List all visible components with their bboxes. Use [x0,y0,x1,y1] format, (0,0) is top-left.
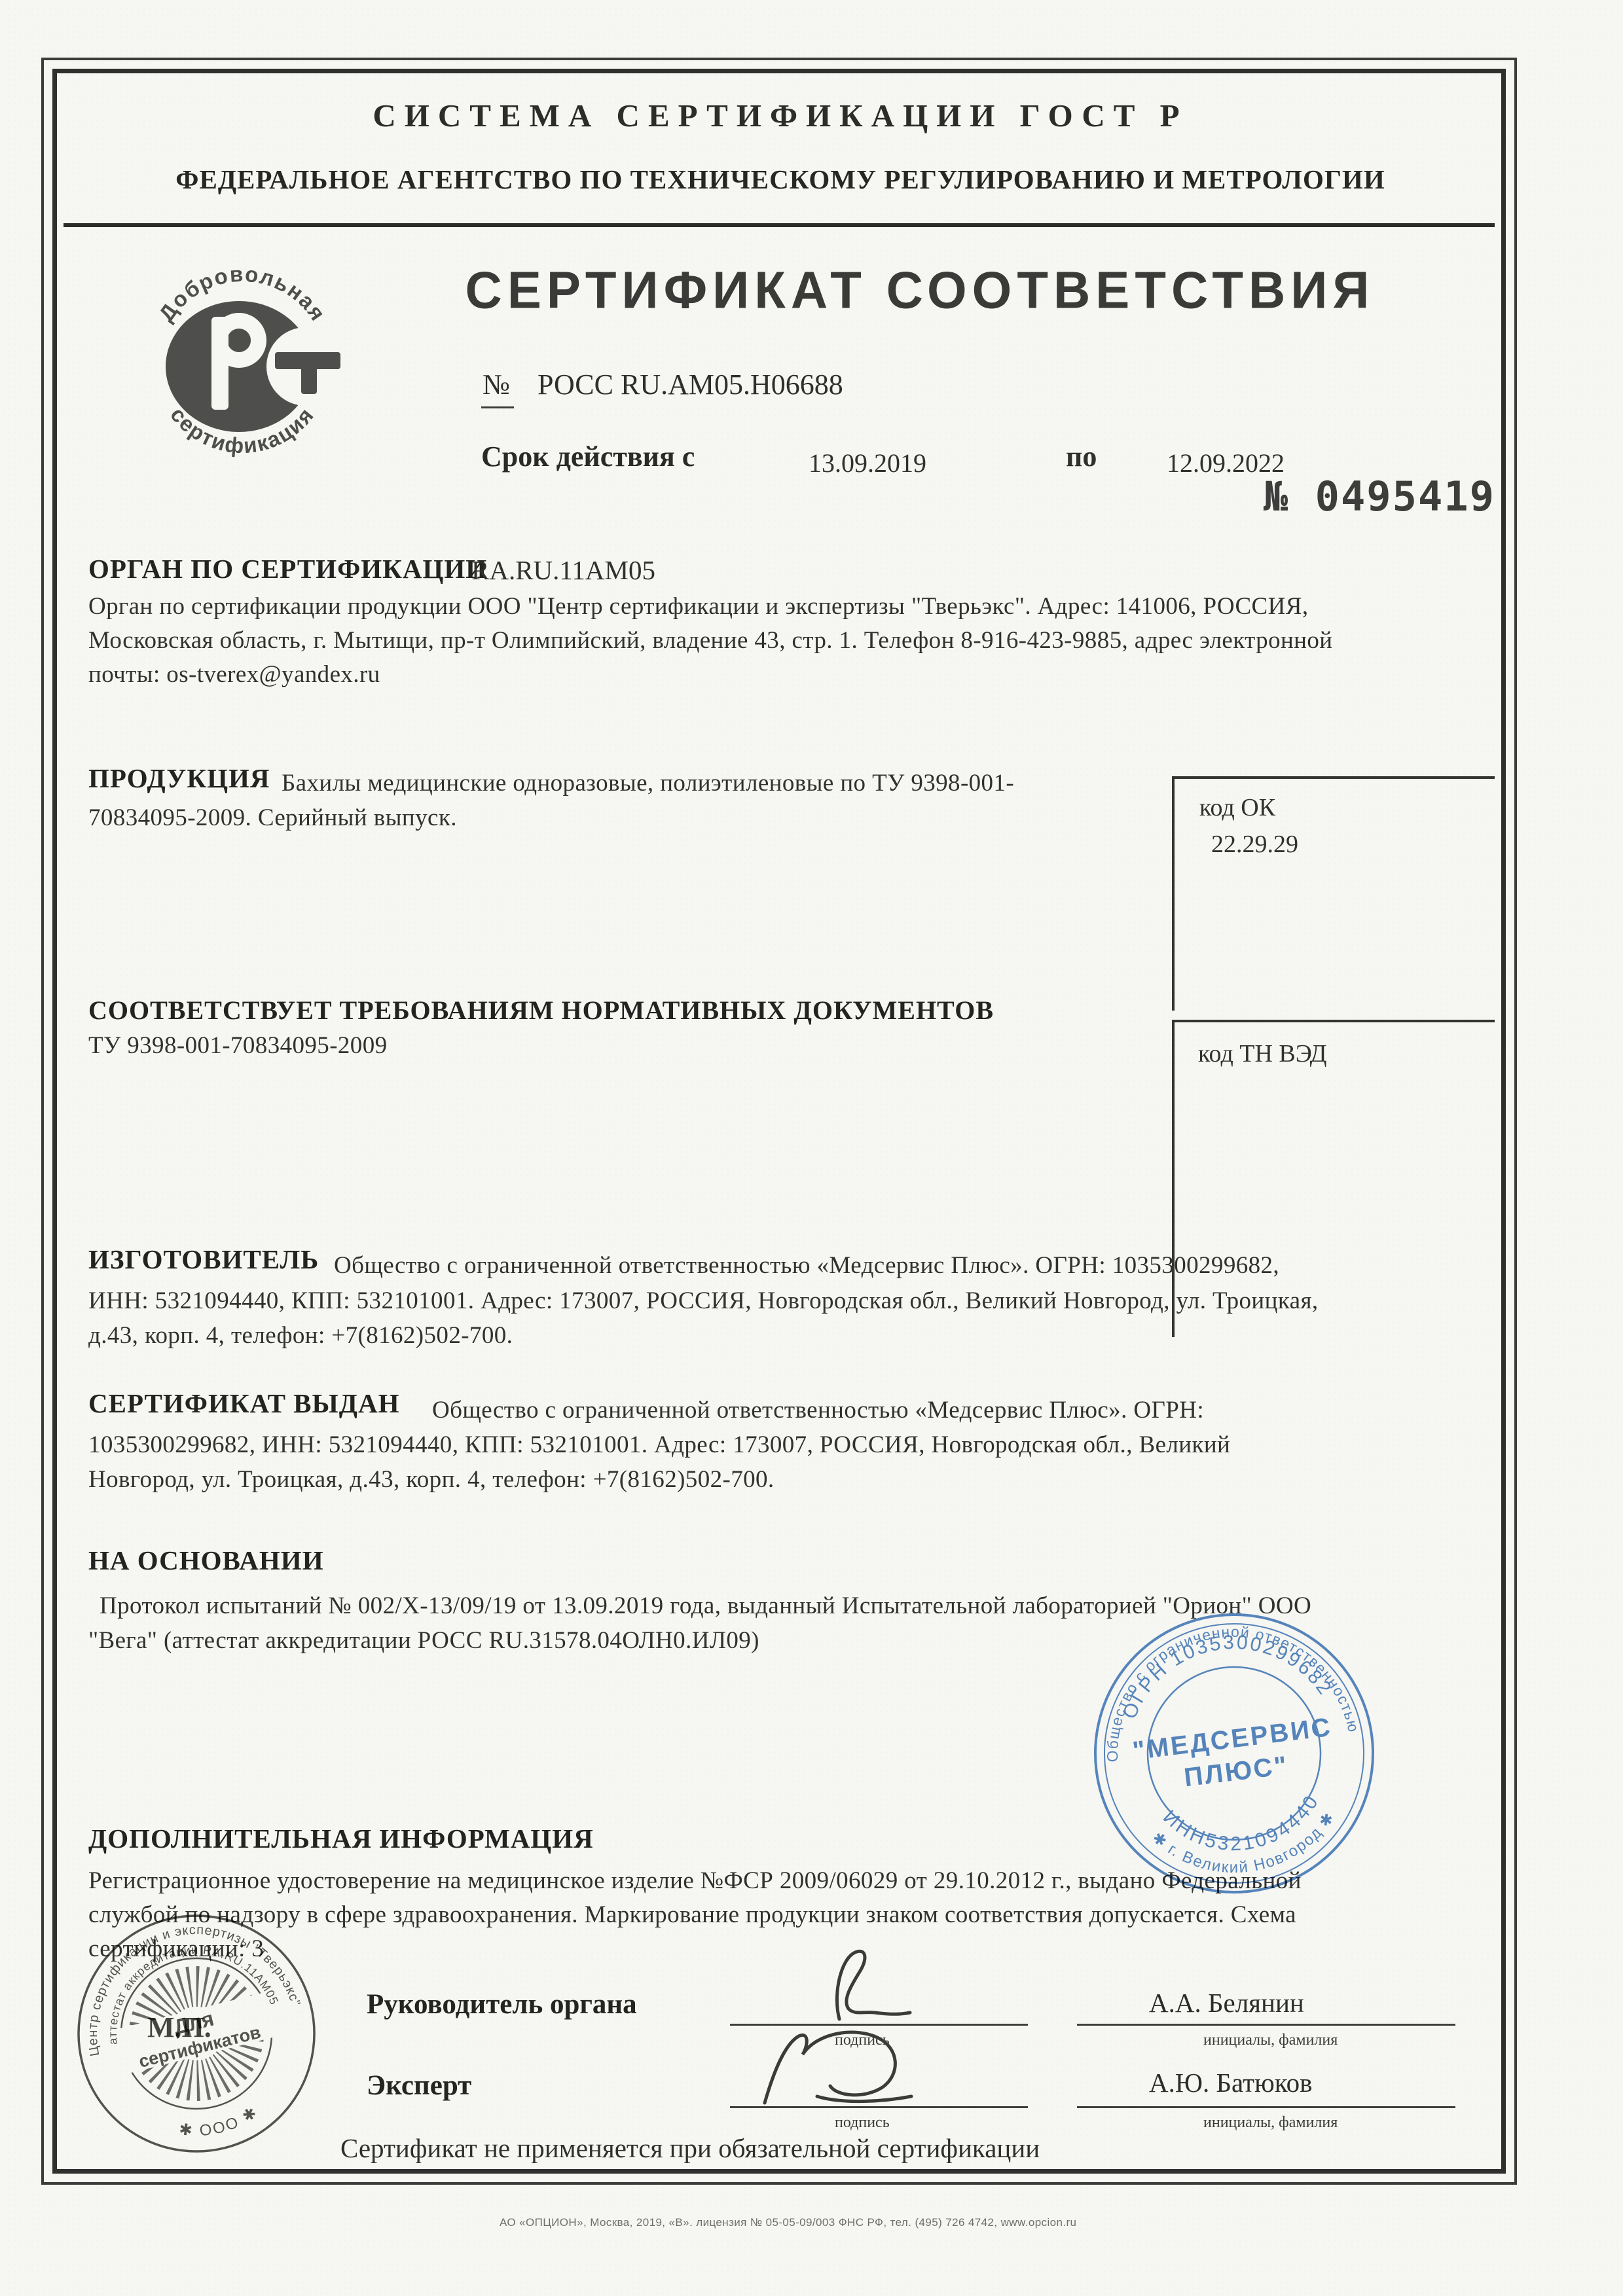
issued-to-text-line: 1035300299682, ИНН: 5321094440, КПП: 532… [88,1431,1230,1459]
production-text-line: 70834095-2009. Серийный выпуск. [88,804,457,832]
organ-code: RA.RU.11АМ05 [471,554,655,586]
printing-house-fine-print: АО «ОПЦИОН», Москва, 2019, «В». лицензия… [500,2216,1076,2229]
expert-name-line [1077,2106,1455,2108]
footer-note: Сертификат не применяется при обязательн… [340,2132,1040,2164]
code-ok-value: 22.29.29 [1211,830,1298,859]
code-tnved-box-top [1172,1020,1495,1022]
manufacturer-label: ИЗГОТОВИТЕЛЬ [88,1244,319,1275]
black-cert-stamp: Центр сертификации и экспертизы "Тверьэк… [71,1908,323,2160]
organ-text-line: Орган по сертификации продукции ООО "Цен… [88,592,1309,620]
expert-signature-ink [740,2026,962,2111]
blue-company-stamp: Общество с ограниченной ответственностью… [1087,1605,1381,1903]
conformity-label: СООТВЕТСТВУЕТ ТРЕБОВАНИЯМ НОРМАТИВНЫХ ДО… [88,995,994,1026]
organ-text-line: Московская область, г. Мытищи, пр-т Олим… [88,626,1332,655]
code-tnved-label: код ТН ВЭД [1198,1039,1327,1068]
head-signature-label: Руководитель органа [367,1988,637,2020]
issued-to-text-line: Общество с ограниченной ответственностью… [432,1396,1204,1424]
document-title: СЕРТИФИКАТ СООТВЕТСТВИЯ [386,260,1453,321]
issued-to-label: СЕРТИФИКАТ ВЫДАН [88,1388,400,1419]
certificate-page: СИСТЕМА СЕРТИФИКАЦИИ ГОСТ Р ФЕДЕРАЛЬНОЕ … [0,0,1623,2296]
code-ok-label: код ОК [1199,793,1275,822]
head-name-line [1077,2024,1455,2026]
organ-text-line: почты: os-tverex@yandex.ru [88,660,380,689]
manufacturer-text-line: д.43, корп. 4, телефон: +7(8162)502-700. [88,1321,513,1350]
expert-signature-label: Эксперт [367,2070,471,2102]
manufacturer-text-line: Общество с ограниченной ответственностью… [334,1251,1279,1280]
manufacturer-text-line: ИНН: 5321094440, КПП: 532101001. Адрес: … [88,1287,1319,1315]
production-label: ПРОДУКЦИЯ [88,762,270,794]
header-divider [64,223,1495,227]
expert-signature-caption: подпись [835,2114,890,2132]
additional-label: ДОПОЛНИТЕЛЬНАЯ ИНФОРМАЦИЯ [88,1823,594,1854]
code-ok-box-left [1172,776,1175,1011]
production-text-line: Бахилы медицинские одноразовые, полиэтил… [282,769,1014,797]
basis-label: НА ОСНОВАНИИ [88,1545,324,1576]
certificate-number: РОСС RU.АМ05.Н06688 [538,368,843,401]
validity-label: Срок действия с [481,440,695,473]
organ-label: ОРГАН ПО СЕРТИФИКАЦИИ [88,553,487,584]
number-sign: № [481,368,514,408]
code-ok-box-top [1172,776,1495,779]
validity-to-label: по [1066,440,1097,473]
certificate-number-line: №РОСС RU.АМ05.Н06688 [481,368,843,408]
rst-logo: Добровольная сертификация [134,257,350,473]
head-name: А.А. Белянин [1149,1987,1304,2018]
blank-number: № 0495419 [1264,473,1495,520]
basis-text-line: "Вега" (аттестат аккредитации РОСС RU.31… [88,1626,759,1655]
issued-to-text-line: Новгород, ул. Троицкая, д.43, корп. 4, т… [88,1465,775,1494]
expert-name: А.Ю. Батюков [1149,2067,1312,2098]
head-name-caption: инициалы, фамилия [1203,2032,1338,2049]
head-signature-ink [759,1947,969,2024]
expert-name-caption: инициалы, фамилия [1203,2114,1338,2132]
conformity-value: ТУ 9398-001-70834095-2009 [88,1031,388,1060]
validity-date-from: 13.09.2019 [809,448,926,478]
agency-header: ФЕДЕРАЛЬНОЕ АГЕНТСТВО ПО ТЕХНИЧЕСКОМУ РЕ… [59,164,1502,195]
system-header: СИСТЕМА СЕРТИФИКАЦИИ ГОСТ Р [59,97,1502,134]
